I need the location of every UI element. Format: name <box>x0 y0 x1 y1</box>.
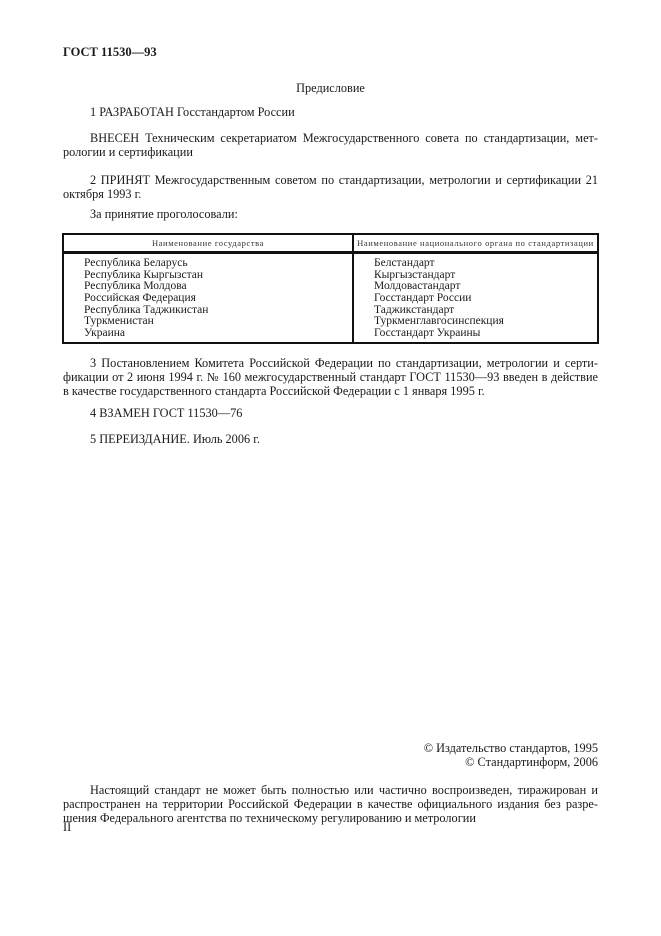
voting-states-table: Наименование государства Наименование на… <box>62 233 599 344</box>
reproduction-notice: Настоящий стандарт не может быть полност… <box>63 783 598 825</box>
column-header-authority: Наименование национального органа по ста… <box>353 234 598 253</box>
section-reissue: 5 ПЕРЕИЗДАНИЕ. Июль 2006 г. <box>63 432 598 446</box>
state-cell: Республика Беларусь Республика Кыргызста… <box>63 253 353 343</box>
authority-cell: Белстандарт Кыргызстандарт Молдовастанда… <box>353 253 598 343</box>
table-header-row: Наименование государства Наименование на… <box>63 234 598 253</box>
page-title: Предисловие <box>0 81 661 95</box>
authority-name: Госстандарт России <box>374 293 597 305</box>
section-adopted: 2 ПРИНЯТ Межгосударственным советом по с… <box>63 173 598 201</box>
copyright-line-2: © Стандартинформ, 2006 <box>465 755 598 769</box>
column-header-state: Наименование государства <box>63 234 353 253</box>
authority-name: Белстандарт <box>374 258 597 270</box>
page-number: II <box>63 820 71 834</box>
voted-label: За принятие проголосовали: <box>63 207 598 221</box>
authority-name: Госстандарт Украины <box>374 328 597 340</box>
section-introduced: ВНЕСЕН Техническим секретариатом Межгосу… <box>63 131 598 159</box>
section-replaces: 4 ВЗАМЕН ГОСТ 11530—76 <box>63 406 598 420</box>
table-row: Республика Беларусь Республика Кыргызста… <box>63 253 598 343</box>
section-developed: 1 РАЗРАБОТАН Госстандартом России <box>63 105 598 119</box>
copyright-line-1: © Издательство стандартов, 1995 <box>424 741 598 755</box>
state-name: Республика Беларусь <box>84 258 352 270</box>
state-name: Украина <box>84 328 352 340</box>
section-enacted: 3 Постановлением Комитета Российской Фед… <box>63 356 598 398</box>
document-code: ГОСТ 11530—93 <box>63 45 157 59</box>
state-name: Российская Федерация <box>84 293 352 305</box>
